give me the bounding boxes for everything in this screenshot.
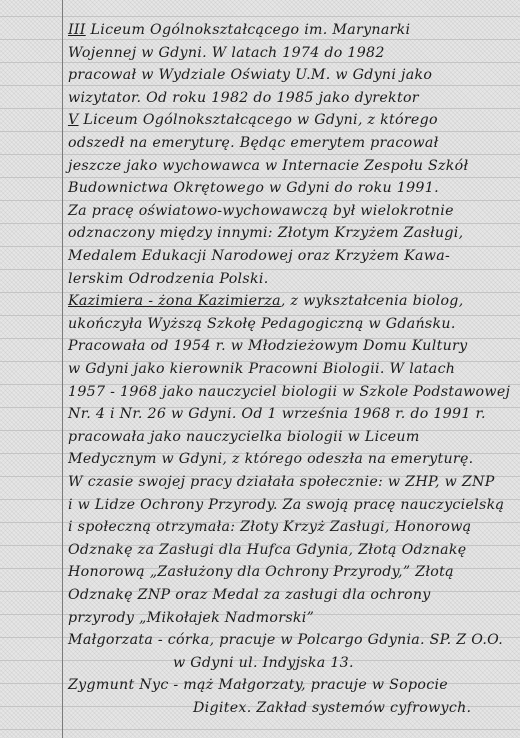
text-line: V Liceum Ogólnokształcącego w Gdyni, z k… <box>68 110 438 130</box>
ruled-line <box>0 108 520 109</box>
text-line: pracował w Wydziale Oświaty U.M. w Gdyni… <box>68 65 432 85</box>
text-line: odznaczony między innymi: Złotym Krzyżem… <box>68 223 463 243</box>
text-line: Nr. 4 i Nr. 26 w Gdyni. Od 1 września 19… <box>68 404 486 424</box>
ruled-line <box>0 16 520 17</box>
text-line: Pracowała od 1954 r. w Młodzieżowym Domu… <box>68 336 467 356</box>
text-line: wizytator. Od roku 1982 do 1985 jako dyr… <box>68 88 419 108</box>
ruled-line <box>0 729 520 730</box>
text-line: Honorową „Zasłużony dla Ochrony Przyrody… <box>68 562 454 582</box>
underlined-text: III <box>68 22 86 38</box>
ruled-line <box>0 131 520 132</box>
underlined-text: Kazimiera - żona Kazimierza <box>68 293 281 309</box>
text-line: w Gdyni jako kierownik Pracowni Biologii… <box>68 359 455 379</box>
text-line: lerskim Odrodzenia Polski. <box>68 269 269 289</box>
text-line: odszedł na emeryturę. Będąc emerytem pra… <box>68 133 439 153</box>
text-line: Odznakę za Zasługi dla Hufca Gdynia, Zło… <box>68 540 467 560</box>
text-line: jeszcze jako wychowawca w Internacie Zes… <box>68 156 468 176</box>
notebook-page: III Liceum Ogólnokształcącego im. Maryna… <box>0 0 520 738</box>
text-line: i społeczną otrzymała: Złoty Krzyż Zasłu… <box>68 517 471 537</box>
text-line: III Liceum Ogólnokształcącego im. Maryna… <box>68 20 410 40</box>
text-line: Zygmunt Nyc - mąż Małgorzaty, pracuje w … <box>68 675 448 695</box>
text-line: Małgorzata - córka, pracuje w Polcargo G… <box>68 630 503 650</box>
text-line: Kazimiera - żona Kazimierza, z wykształc… <box>68 291 464 311</box>
text-line: W czasie swojej pracy działała społeczni… <box>68 472 495 492</box>
text-line: Budownictwa Okrętowego w Gdyni do roku 1… <box>68 178 439 198</box>
text-line: Odznakę ZNP oraz Medal za zasługi dla oc… <box>68 585 431 605</box>
text-line: w Gdyni ul. Indyjska 13. <box>173 653 354 673</box>
text-line: Digitex. Zakład systemów cyfrowych. <box>193 698 471 718</box>
text-line: Medycznym w Gdyni, z którego odeszła na … <box>68 449 474 469</box>
text-line: pracowała jako nauczycielka biologii w L… <box>68 427 420 447</box>
text-line: i w Lidze Ochrony Przyrody. Za swoją pra… <box>68 495 504 515</box>
text-line: przyrody „Mikołajek Nadmorski” <box>68 608 314 628</box>
margin-line <box>62 0 63 738</box>
text-line: 1957 - 1968 jako nauczyciel biologii w S… <box>68 382 510 402</box>
text-line: Medalem Edukacji Narodowej oraz Krzyżem … <box>68 246 450 266</box>
underlined-text: V <box>68 112 79 128</box>
text-line: Wojennej w Gdyni. W latach 1974 do 1982 <box>68 43 385 63</box>
text-line: ukończyła Wyższą Szkołę Pedagogiczną w G… <box>68 314 456 334</box>
text-line: Za pracę oświatowo-wychowawczą był wielo… <box>68 201 454 221</box>
